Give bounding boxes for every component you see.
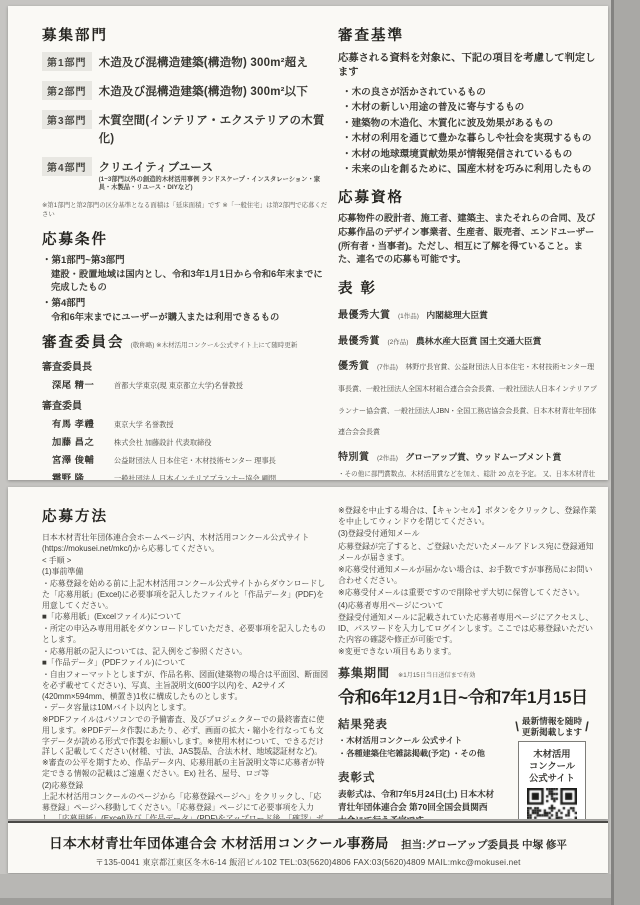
criteria-item: ・木材の利用を通じて豊かな暮らしや社会を実現するもの xyxy=(342,131,600,147)
chair-affil: 首都大学東京(現 東京都立大学)名誉教授 xyxy=(114,381,243,391)
category-subnote: (1~3部門以外の創造的木材活用事例 ランドスケープ・インスタレーション・家具・… xyxy=(99,176,328,192)
apply-paragraph: ※PDFファイルはパソコンでの予備審査、及びプロジェクターでの最終審査に使用しま… xyxy=(42,715,328,780)
awards-notes: ・その他に部門賞数点、木材活用賞などを加え、総計 20 点を予定。 又、日本木材… xyxy=(338,470,600,480)
apply-paragraph: ・応募登録を始める前に上記木材活用コンクール公式サイトからダウンロードした「応募… xyxy=(42,579,328,611)
results-ceremony-row: 結果発表 ・木材活用コンクール 公式サイト ・各種建築住宅雑誌掲載(予定) ・そ… xyxy=(338,714,600,819)
award-name: 最優秀賞 xyxy=(338,336,380,347)
apply-paragraph: ・応募用紙の記入については、記入例をご参照ください。 xyxy=(42,647,328,658)
qr-label-line3: 公式サイト xyxy=(529,773,575,783)
panel-footer: 日本木材青壮年団体連合会 木材活用コンクール事務局 担当:グローアップ委員長 中… xyxy=(8,821,608,873)
section-title-ceremony: 表彰式 xyxy=(338,769,496,785)
condition-item: ・第1部門~第3部門 建設・設置地域は国内とし、令和3年1月1日から令和6年末ま… xyxy=(42,254,328,295)
eligibility-body: 応募物件の設計者、施工者、建築主、またそれらの合同、及び応募作品のデザイン事業者… xyxy=(338,212,600,267)
member-affil: 株式会社 加藤設計 代表取締役 xyxy=(114,438,211,448)
section-title-period: 募集期間 xyxy=(338,664,390,681)
award-detail: 農林水産大臣賞 国土交通大臣賞 xyxy=(416,336,542,346)
criteria-list: ・木の良さが活かされているもの ・木材の新しい用途の普及に寄与するもの ・建築物… xyxy=(338,85,600,178)
apply-paragraph: < 手順 > xyxy=(42,556,328,567)
apply-paragraph: (2)応募登録 xyxy=(42,781,328,792)
committee-member: 加藤 昌之 株式会社 加藤設計 代表取締役 xyxy=(52,434,328,448)
condition-body: 建設・設置地域は国内とし、令和3年1月1日から令和6年末までに完成したもの xyxy=(51,268,328,295)
category-label: 第2部門 xyxy=(42,81,92,100)
category-row: 第1部門 木造及び混構造建築(構造物) 300m²超え xyxy=(42,52,328,71)
award-row: 特別賞 (2作品) グローアップ賞、ウッドムーブメント賞 xyxy=(338,445,600,467)
award-row: 最優秀大賞 (1作品) 内閣総理大臣賞 xyxy=(338,303,600,325)
committee-member: 宮澤 俊輔 公益財団法人 日本住宅・木材技術センター 理事長 xyxy=(52,452,328,466)
apply-paragraph: ■「応募用紙」(Excelファイル)について xyxy=(42,612,328,623)
badge-line1: 最新情報を随時 xyxy=(522,716,582,726)
member-name: 有馬 孝禮 xyxy=(52,416,114,430)
condition-item: ・第4部門 令和6年末までにユーザーが購入または利用できるもの xyxy=(42,297,328,325)
apply-paragraph: (4)応募者専用ページについて xyxy=(338,600,600,611)
committee-chair: 深尾 精一 首都大学東京(現 東京都立大学)名誉教授 xyxy=(52,377,328,391)
section-title-committee: 審査委員会 (敬称略) ※木材活用コンクール公式サイト上にて随時更新 xyxy=(42,331,328,352)
apply-paragraph: (3)登録受付通知メール xyxy=(338,528,600,539)
category-label: 第4部門 xyxy=(42,157,92,176)
apply-paragraph: ※応募受付メールは重要ですので削除せず大切に保管してください。 xyxy=(338,587,600,598)
panel-top: 募集部門 第1部門 木造及び混構造建築(構造物) 300m²超え 第2部門 木造… xyxy=(8,6,608,480)
committee-member: 霜野 隆 一般社団法人 日本インテリアプランナー協会 顧問 xyxy=(52,470,328,480)
apply-steps-right: ※登録を中止する場合は、【キャンセル】ボタンをクリックし、登録作業を中止してウィ… xyxy=(338,505,600,657)
apply-paragraph: ・所定の申込み専用用紙をダウンロードしていただき、必要事項を記入したものとします… xyxy=(42,624,328,646)
section-title-eligibility: 応募資格 xyxy=(338,186,600,207)
qr-column: \ 最新情報を随時 更新掲載します / 木材活用 コンクール 公式サイト xyxy=(504,714,600,819)
section-title-criteria: 審査基準 xyxy=(338,24,600,45)
period-note: ※1月15日当日送信まで有効 xyxy=(398,670,475,679)
apply-paragraph: (1)事前準備 xyxy=(42,567,328,578)
categories-footnote: ※第1部門と第2部門の区分基準となる面積は「延床面積」です ※「一般住宅」は第2… xyxy=(42,200,328,218)
update-badge: \ 最新情報を随時 更新掲載します / xyxy=(515,716,588,737)
award-name: 最優秀大賞 xyxy=(338,310,391,321)
apply-paragraph: 登録受付通知メールに記載されていた応募者専用ページにアクセスし、ID、パスワード… xyxy=(338,612,600,646)
section-title-awards: 表 彰 xyxy=(338,277,600,298)
badge-line2: 更新掲載します xyxy=(522,727,582,737)
apply-paragraph: ※応募受付通知メールが届かない場合は、お手数ですが事務局にお問い合わせください。 xyxy=(338,564,600,586)
member-affil: 東京大学 名誉教授 xyxy=(114,420,174,430)
criteria-item: ・建築物の木造化、木質化に波及効果があるもの xyxy=(342,116,600,132)
scan-edge-right xyxy=(611,0,640,905)
qr-frame: 木材活用 コンクール 公式サイト xyxy=(518,741,586,819)
criteria-item: ・木材の地球環境貢献効果が情報発信されているもの xyxy=(342,147,600,163)
awards-list: 最優秀大賞 (1作品) 内閣総理大臣賞 最優秀賞 (2作品) 農林水産大臣賞 国… xyxy=(338,303,600,466)
apply-paragraph: 日本木材青壮年団体連合会ホームページ内、木材活用コンクール公式サイト(https… xyxy=(42,533,328,555)
apply-left-column: 応募方法 日本木材青壮年団体連合会ホームページ内、木材活用コンクール公式サイト(… xyxy=(42,505,328,819)
footer-title-line: 日本木材青壮年団体連合会 木材活用コンクール事務局 担当:グローアップ委員長 中… xyxy=(8,832,608,853)
section-title-apply: 応募方法 xyxy=(42,505,328,526)
result-item: ・木材活用コンクール 公式サイト xyxy=(338,735,496,747)
award-detail: 林野庁長官賞、公益財団法人日本住宅・木材技術センター理事長賞、一般社団法人全国木… xyxy=(338,364,597,436)
top-left-column: 募集部門 第1部門 木造及び混構造建築(構造物) 300m²超え 第2部門 木造… xyxy=(42,24,328,480)
scan-edge-bottom xyxy=(0,874,640,905)
committee-note: (敬称略) ※木材活用コンクール公式サイト上にて随時更新 xyxy=(131,342,298,349)
criteria-item: ・未来の山を創るために、国産木材を巧みに利用したもの xyxy=(342,162,600,178)
ceremony-body: 表彰式は、令和7年5月24日(土) 日本木材青壮年団体連合会 第70回全国会員関… xyxy=(338,788,496,819)
footer-organization: 日本木材青壮年団体連合会 木材活用コンクール事務局 xyxy=(49,836,389,851)
footer-address: 〒135-0041 東京都江東区冬木6-14 飯沼ビル102 TEL:03(56… xyxy=(8,857,608,868)
qr-label-line2: コンクール xyxy=(529,761,575,771)
condition-head: ・第4部門 xyxy=(42,297,328,311)
section-title-results: 結果発表 xyxy=(338,716,496,732)
criteria-lead: 応募される資料を対象に、下記の項目を考慮して判定します xyxy=(338,52,600,81)
panel-apply: 応募方法 日本木材青壮年団体連合会ホームページ内、木材活用コンクール公式サイト(… xyxy=(8,487,608,819)
category-text: 木質空間(インテリア・エクステリアの木質化) xyxy=(99,115,325,145)
member-name: 霜野 隆 xyxy=(52,470,114,480)
qr-code xyxy=(527,788,577,819)
results-list: ・木材活用コンクール 公式サイト ・各種建築住宅雑誌掲載(予定) ・その他 xyxy=(338,735,496,760)
period-dates: 令和6年12月1日~令和7年1月15日 xyxy=(338,683,600,708)
apply-paragraph: ・データ容量は10Mバイト以内とします。 xyxy=(42,703,328,714)
footer-contact: 担当:グローアップ委員長 中塚 修平 xyxy=(401,839,567,851)
category-text: 木造及び混構造建築(構造物) 300m²超え xyxy=(99,57,309,69)
chair-name: 深尾 精一 xyxy=(52,377,114,391)
apply-paragraph: ※登録を中止する場合は、【キャンセル】ボタンをクリックし、登録作業を中止してウィ… xyxy=(338,505,600,527)
category-text: 木造及び混構造建築(構造物) 300m²以下 xyxy=(99,86,309,98)
member-affil: 公益財団法人 日本住宅・木材技術センター 理事長 xyxy=(114,456,276,466)
category-row: 第2部門 木造及び混構造建築(構造物) 300m²以下 xyxy=(42,81,328,100)
category-label: 第1部門 xyxy=(42,52,92,71)
qr-label-line1: 木材活用 xyxy=(533,749,570,759)
category-label: 第3部門 xyxy=(42,110,92,129)
apply-paragraph: 上記木材活用コンクールのページから「応募登録ページへ」をクリックし、「応募登録」… xyxy=(42,792,328,819)
apply-paragraph: ■「作品データ」(PDFファイル)について xyxy=(42,658,328,669)
committee-member-list: 有馬 孝禮 東京大学 名誉教授 加藤 昌之 株式会社 加藤設計 代表取締役 宮澤… xyxy=(42,416,328,480)
award-detail: グローアップ賞、ウッドムーブメント賞 xyxy=(405,452,561,462)
award-count: (7作品) xyxy=(377,364,398,371)
badge-slash-left-icon: \ xyxy=(515,719,519,734)
chair-label: 審査委員長 xyxy=(42,358,328,373)
members-label: 審査委員 xyxy=(42,397,328,412)
category-row: 第3部門 木質空間(インテリア・エクステリアの木質化) xyxy=(42,110,328,147)
award-name: 優秀賞 xyxy=(338,361,370,372)
award-count: (2作品) xyxy=(387,339,408,346)
badge-slash-right-icon: / xyxy=(585,719,589,734)
award-count: (1作品) xyxy=(398,313,419,320)
top-right-column: 審査基準 応募される資料を対象に、下記の項目を考慮して判定します ・木の良さが活… xyxy=(338,24,600,480)
result-item: ・各種建築住宅雑誌掲載(予定) ・その他 xyxy=(338,748,496,760)
section-title-categories: 募集部門 xyxy=(42,24,328,45)
criteria-item: ・木の良さが活かされているもの xyxy=(342,85,600,101)
condition-head: ・第1部門~第3部門 xyxy=(42,254,328,268)
category-row: 第4部門 クリエイティブユース (1~3部門以外の創造的木材活用事例 ランドスケ… xyxy=(42,157,328,192)
award-row: 最優秀賞 (2作品) 農林水産大臣賞 国土交通大臣賞 xyxy=(338,329,600,351)
apply-paragraph: ・自由フォーマットとしますが、作品名称、図面(建築物の場合は平面図、断面図を必ず… xyxy=(42,670,328,702)
criteria-item: ・木材の新しい用途の普及に寄与するもの xyxy=(342,100,600,116)
award-name: 特別賞 xyxy=(338,452,370,463)
apply-right-column: ※登録を中止する場合は、【キャンセル】ボタンをクリックし、登録作業を中止してウィ… xyxy=(338,505,600,819)
period-header: 募集期間 ※1月15日当日送信まで有効 xyxy=(338,664,600,681)
category-list: 第1部門 木造及び混構造建築(構造物) 300m²超え 第2部門 木造及び混構造… xyxy=(42,52,328,192)
conditions-list: ・第1部門~第3部門 建設・設置地域は国内とし、令和3年1月1日から令和6年末ま… xyxy=(42,254,328,325)
award-count: (2作品) xyxy=(377,455,398,462)
member-name: 加藤 昌之 xyxy=(52,434,114,448)
apply-paragraph: 応募登録が完了すると、ご登録いただいたメールアドレス宛に登録通知メールが届きます… xyxy=(338,541,600,563)
member-affil: 一般社団法人 日本インテリアプランナー協会 顧問 xyxy=(114,474,276,480)
category-text: クリエイティブユース xyxy=(99,162,214,174)
award-row: 優秀賞 (7作品) 林野庁長官賞、公益財団法人日本住宅・木材技術センター理事長賞… xyxy=(338,354,600,440)
apply-paragraph: ※変更できない項目もあります。 xyxy=(338,646,600,657)
section-title-conditions: 応募条件 xyxy=(42,228,328,249)
member-name: 宮澤 俊輔 xyxy=(52,452,114,466)
award-detail: 内閣総理大臣賞 xyxy=(426,310,488,320)
apply-steps-left: 日本木材青壮年団体連合会ホームページ内、木材活用コンクール公式サイト(https… xyxy=(42,533,328,819)
results-ceremony-column: 結果発表 ・木材活用コンクール 公式サイト ・各種建築住宅雑誌掲載(予定) ・そ… xyxy=(338,714,496,819)
committee-member: 有馬 孝禮 東京大学 名誉教授 xyxy=(52,416,328,430)
condition-body: 令和6年末までにユーザーが購入または利用できるもの xyxy=(51,311,328,324)
